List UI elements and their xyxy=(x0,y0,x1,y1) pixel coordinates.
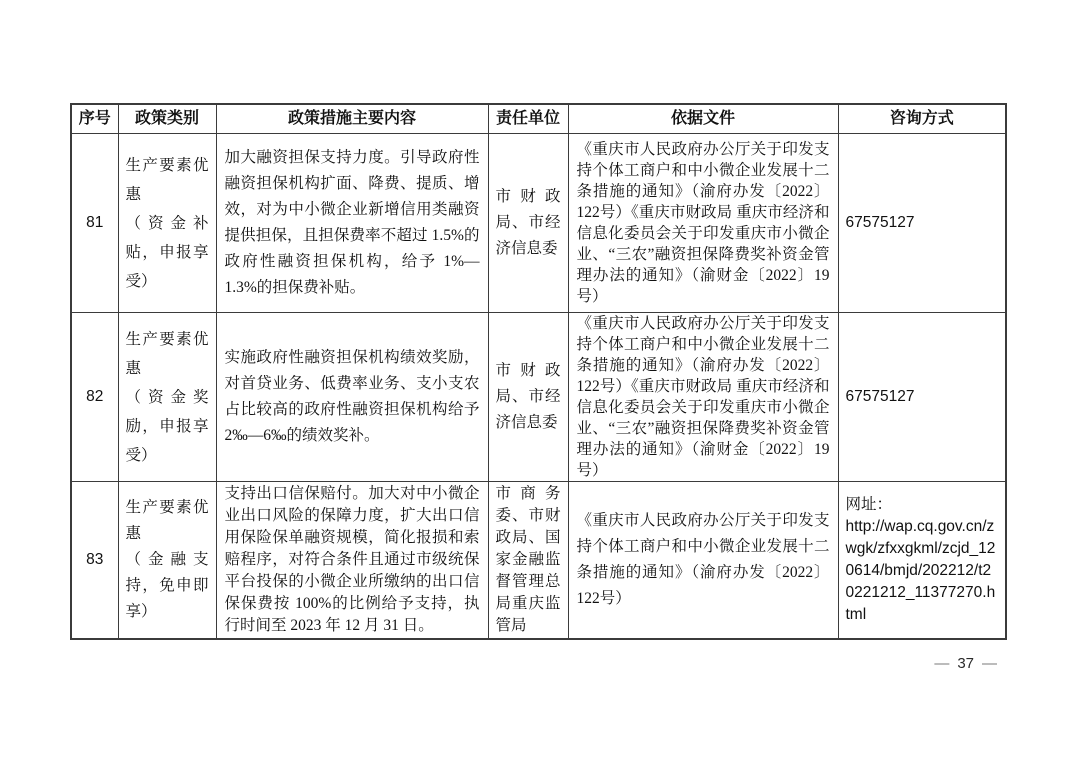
column-header-content: 政策措施主要内容 xyxy=(216,104,488,134)
table-row: 82 生产要素优惠 （资金奖励，申报享受） 实施政府性融资担保机构绩效奖励，对首… xyxy=(71,313,1006,482)
table-row: 83 生产要素优惠 （金融支持，免申即享） 支持出口信保赔付。加大对中小微企业出… xyxy=(71,482,1006,639)
cell-category: 生产要素优惠 （资金奖励，申报享受） xyxy=(118,313,216,482)
page-number: —37— xyxy=(70,655,1009,672)
category-line2: （金融支持，免申即享） xyxy=(126,547,209,625)
cell-content: 支持出口信保赔付。加大对中小微企业出口风险的保障力度，扩大出口信用保险保单融资规… xyxy=(216,482,488,639)
page-number-dash-left: — xyxy=(934,655,949,672)
column-header-index: 序号 xyxy=(71,104,118,134)
cell-contact: 67575127 xyxy=(838,313,1006,482)
category-line2: （资金奖励，申报享受） xyxy=(126,383,209,470)
cell-basis: 《重庆市人民政府办公厅关于印发支持个体工商户和中小微企业发展十二条措施的通知》（… xyxy=(568,134,838,313)
cell-content: 实施政府性融资担保机构绩效奖励，对首贷业务、低费率业务、支小支农占比较高的政府性… xyxy=(216,313,488,482)
cell-unit: 市财政局、市经济信息委 xyxy=(488,313,568,482)
category-line1: 生产要素优惠 xyxy=(126,151,209,209)
contact-phone: 67575127 xyxy=(846,388,915,405)
contact-url[interactable]: http://wap.cq.gov.cn/zwgk/zfxxgkml/zcjd_… xyxy=(846,516,999,626)
cell-basis: 《重庆市人民政府办公厅关于印发支持个体工商户和中小微企业发展十二条措施的通知》（… xyxy=(568,313,838,482)
cell-unit: 市商务委、市财政局、国家金融监督管理总局重庆监管局 xyxy=(488,482,568,639)
page-number-dash-right: — xyxy=(982,655,997,672)
policy-table: 序号 政策类别 政策措施主要内容 责任单位 依据文件 咨询方式 81 生产要素优… xyxy=(70,103,1007,640)
column-header-basis: 依据文件 xyxy=(568,104,838,134)
cell-category: 生产要素优惠 （金融支持，免申即享） xyxy=(118,482,216,639)
cell-contact: 网址： http://wap.cq.gov.cn/zwgk/zfxxgkml/z… xyxy=(838,482,1006,639)
cell-content: 加大融资担保支持力度。引导政府性融资担保机构扩面、降费、提质、增效，对为中小微企… xyxy=(216,134,488,313)
contact-url-label: 网址： xyxy=(846,494,999,516)
cell-index: 82 xyxy=(71,313,118,482)
page-number-value: 37 xyxy=(957,655,974,672)
category-line1: 生产要素优惠 xyxy=(126,495,209,547)
header-row: 序号 政策类别 政策措施主要内容 责任单位 依据文件 咨询方式 xyxy=(71,104,1006,134)
category-line2: （资金补贴，申报享受） xyxy=(126,209,209,296)
cell-index: 81 xyxy=(71,134,118,313)
cell-basis: 《重庆市人民政府办公厅关于印发支持个体工商户和中小微企业发展十二条措施的通知》（… xyxy=(568,482,838,639)
category-line1: 生产要素优惠 xyxy=(126,325,209,383)
cell-category: 生产要素优惠 （资金补贴，申报享受） xyxy=(118,134,216,313)
cell-contact: 67575127 xyxy=(838,134,1006,313)
table-row: 81 生产要素优惠 （资金补贴，申报享受） 加大融资担保支持力度。引导政府性融资… xyxy=(71,134,1006,313)
cell-unit: 市财政局、市经济信息委 xyxy=(488,134,568,313)
contact-phone: 67575127 xyxy=(846,214,915,231)
column-header-contact: 咨询方式 xyxy=(838,104,1006,134)
column-header-unit: 责任单位 xyxy=(488,104,568,134)
cell-index: 83 xyxy=(71,482,118,639)
column-header-category: 政策类别 xyxy=(118,104,216,134)
